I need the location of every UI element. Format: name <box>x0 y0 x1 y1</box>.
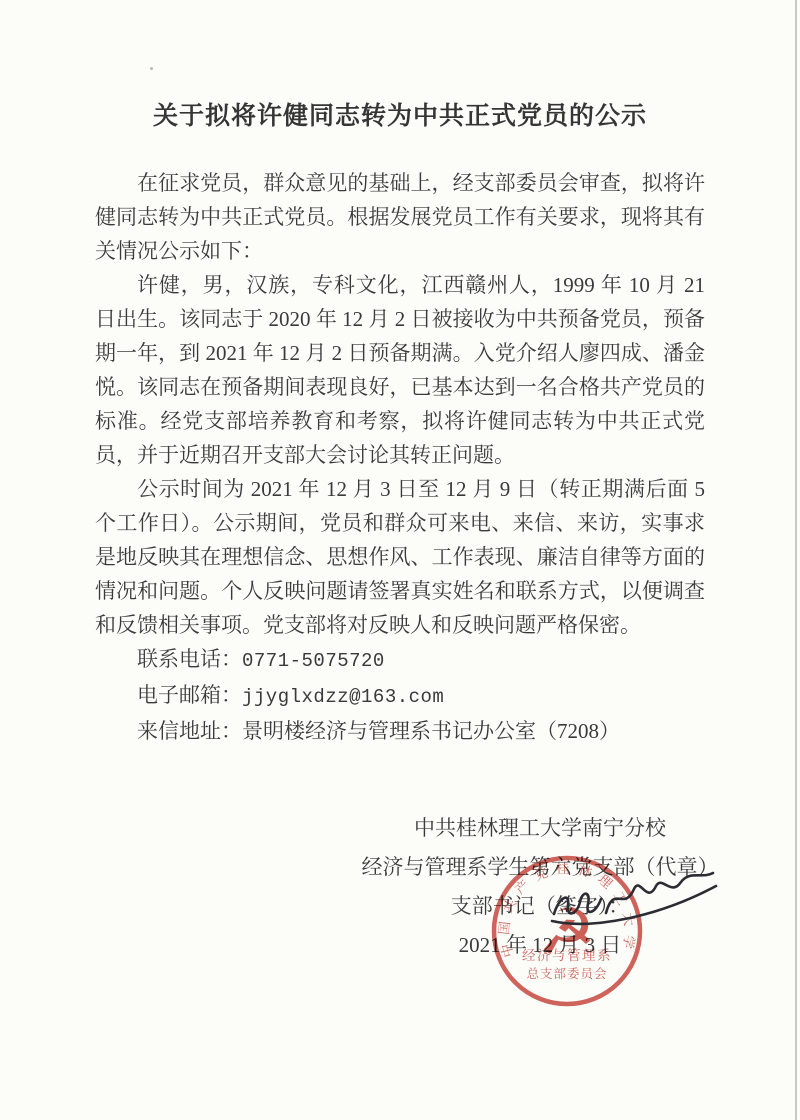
document-body: 在征求党员，群众意见的基础上，经支部委员会审查，拟将许健同志转为中共正式党员。根… <box>95 166 705 748</box>
document-title: 关于拟将许健同志转为中共正式党员的公示 <box>0 99 800 135</box>
handwritten-signature <box>540 868 725 943</box>
contact-email-label: 电子邮箱： <box>137 683 242 707</box>
scan-edge-line <box>795 0 797 1120</box>
contact-phone-line: 联系电话：0771-5075720 <box>95 642 705 678</box>
paragraph-member-info: 许健，男，汉族，专科文化，江西赣州人，1999 年 10 月 21 日出生。该同… <box>95 268 705 472</box>
contact-email-value: jjyglxdzz@163.com <box>242 686 444 708</box>
seal-inner-line1: 经济与管理系 <box>522 947 612 963</box>
contact-address-line: 来信地址：景明楼经济与管理系书记办公室（7208） <box>95 714 705 748</box>
paragraph-publicity-period: 公示时间为 2021 年 12 月 3 日至 12 月 9 日（转正期满后面 5… <box>95 472 705 642</box>
document-page: 关于拟将许健同志转为中共正式党员的公示 在征求党员，群众意见的基础上，经支部委员… <box>0 0 800 1120</box>
contact-email-line: 电子邮箱：jjyglxdzz@163.com <box>95 678 705 714</box>
seal-inner-line2: 总支部委员会 <box>526 966 607 981</box>
org-name-line1: 中共桂林理工大学南宁分校 <box>355 809 725 848</box>
contact-phone-label: 联系电话： <box>137 647 242 671</box>
contact-phone-value: 0771-5075720 <box>242 650 385 672</box>
contact-address-value: 景明楼经济与管理系书记办公室（7208） <box>242 719 620 743</box>
scan-speck <box>150 67 153 70</box>
signature-strokes <box>552 873 716 924</box>
contact-address-label: 来信地址： <box>137 719 242 743</box>
paragraph-intro: 在征求党员，群众意见的基础上，经支部委员会审查，拟将许健同志转为中共正式党员。根… <box>95 166 705 268</box>
